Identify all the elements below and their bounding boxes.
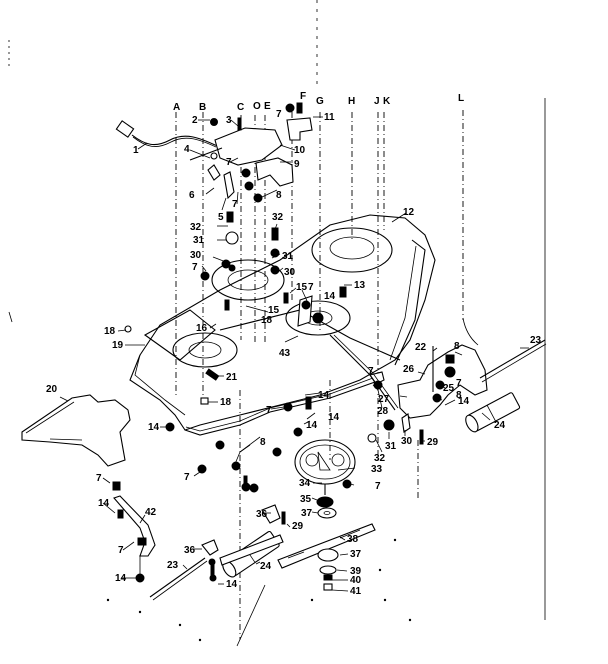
ref-letter: C	[237, 102, 244, 113]
callout-label: 42	[145, 507, 157, 518]
ref-letter: B	[199, 102, 206, 113]
callout-label: 31	[385, 441, 397, 452]
callout-label: 14	[306, 420, 318, 431]
callout-label: 29	[292, 521, 304, 532]
callout-label: 21	[226, 372, 238, 383]
callout-label: 32	[374, 453, 386, 464]
ref-letter: H	[348, 96, 355, 107]
callout-label: 25	[443, 383, 455, 394]
callout-label: 26	[403, 364, 415, 375]
callout-label: 7	[308, 282, 314, 293]
callout-label: 32	[190, 222, 202, 233]
ref-letter: K	[383, 96, 391, 107]
callout-label: 14	[318, 390, 330, 401]
callout-label: 23	[167, 560, 179, 571]
callout-label: 7	[266, 405, 272, 416]
callout-label: 31	[193, 235, 205, 246]
ref-letter: F	[300, 91, 306, 102]
callout-label: 43	[279, 348, 291, 359]
callout-label: 23	[530, 335, 542, 346]
callout-label: 7	[96, 473, 102, 484]
callout-label: 9	[294, 159, 300, 170]
ref-letter: A	[173, 102, 180, 113]
callout-label: 7	[375, 481, 381, 492]
callout-label: 18	[104, 326, 116, 337]
callout-label: 18	[220, 397, 232, 408]
callout-label: 34	[299, 478, 311, 489]
callout-label: 1	[133, 145, 139, 156]
callout-label: 7	[368, 366, 374, 377]
callout-label: 14	[148, 422, 160, 433]
callout-label: 35	[300, 494, 312, 505]
callout-label: 16	[196, 323, 208, 334]
parts-diagram: A B C O E F G H J K L	[0, 0, 608, 664]
callout-label: 37	[301, 508, 313, 519]
callout-label: 36	[256, 509, 268, 520]
callout-label: 20	[46, 384, 58, 395]
callout-label: 28	[377, 406, 389, 417]
ref-letter: J	[374, 96, 380, 107]
callout-label: 32	[272, 212, 284, 223]
lower-arm	[113, 482, 155, 582]
callout-label: 14	[324, 291, 336, 302]
callout-label: 7	[192, 262, 198, 273]
callout-label: 31	[282, 251, 294, 262]
callout-label: 38	[347, 534, 359, 545]
callout-label: 40	[350, 575, 362, 586]
discharge-chute	[22, 395, 130, 466]
callout-label: 3	[226, 115, 232, 126]
callout-label: 29	[427, 437, 439, 448]
callout-label: 4	[184, 144, 190, 155]
callout-label: 7	[184, 472, 190, 483]
callout-label: 14	[98, 498, 110, 509]
callout-label: 24	[260, 561, 272, 572]
callout-label: 11	[324, 112, 335, 123]
callout-label: 8	[260, 437, 266, 448]
callout-label: 15	[296, 282, 308, 293]
callout-label: 30	[401, 436, 413, 447]
callout-label: 10	[294, 145, 306, 156]
lift-assembly	[330, 335, 546, 444]
callout-label: 7	[232, 199, 238, 210]
callout-label: 5	[218, 212, 224, 223]
callout-label: 30	[190, 250, 202, 261]
callout-label: 7	[276, 109, 282, 120]
callout-label: 8	[276, 190, 282, 201]
callout-label: 2	[192, 115, 198, 126]
callout-label: 7	[456, 378, 462, 389]
callout-label: 7	[226, 157, 232, 168]
ref-letter: G	[316, 96, 324, 107]
ref-letter: O	[253, 101, 261, 112]
callout-label: 27	[378, 394, 390, 405]
callout-label: 13	[354, 280, 366, 291]
callout-label: 18	[261, 315, 273, 326]
callout-label: 36	[184, 545, 196, 556]
ref-letter: L	[458, 93, 464, 104]
callout-label: 14	[458, 396, 470, 407]
callout-label: 14	[115, 573, 127, 584]
callout-label: 14	[328, 412, 340, 423]
callout-label: 33	[371, 464, 383, 475]
callout-label: 14	[226, 579, 238, 590]
callout-label: 30	[284, 267, 296, 278]
callout-label: 7	[118, 545, 124, 556]
callout-label: 41	[350, 586, 362, 597]
callout-label: 19	[112, 340, 124, 351]
callout-label: 6	[189, 190, 195, 201]
callout-label: 22	[415, 342, 427, 353]
callout-label: 24	[494, 420, 506, 431]
callout-label: 37	[350, 549, 362, 560]
callout-label: 12	[403, 207, 415, 218]
reference-letters: A B C O E F G H J K L	[173, 91, 464, 113]
ref-letter: E	[264, 101, 271, 112]
callout-label: 8	[454, 341, 460, 352]
